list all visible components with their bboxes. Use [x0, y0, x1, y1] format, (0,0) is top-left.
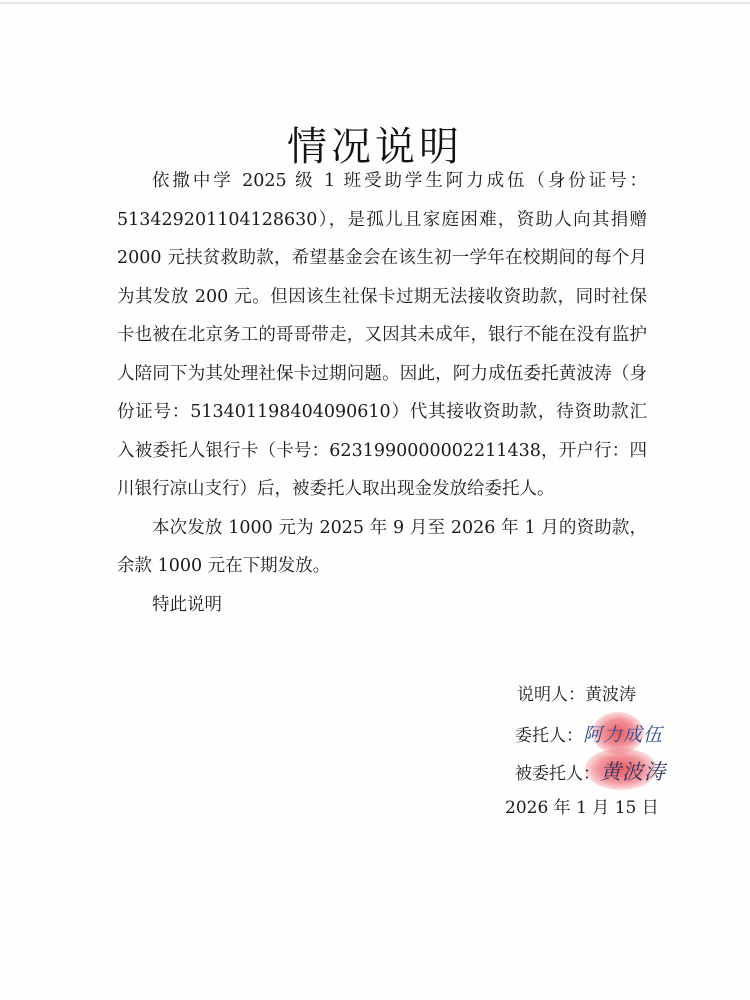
principal-label: 委托人：: [515, 726, 583, 746]
agent-signature: 黄波涛: [600, 760, 666, 784]
explainer-name: 黄波涛: [585, 685, 636, 705]
agent-label: 被委托人：: [515, 764, 600, 784]
explainer-label: 说明人：: [517, 685, 585, 705]
document-page: 情况说明 依撒中学 2025 级 1 班受助学生阿力成伍（身份证号：513429…: [0, 0, 750, 1000]
agent-row: 被委托人：黄波涛: [515, 756, 666, 786]
paragraph-1: 依撒中学 2025 级 1 班受助学生阿力成伍（身份证号：51342920110…: [117, 162, 647, 509]
document-date: 2026 年 1 月 15 日: [505, 793, 659, 818]
closing-statement: 特此说明: [117, 586, 647, 625]
paragraph-2: 本次发放 1000 元为 2025 年 9 月至 2026 年 1 月的资助款，…: [117, 509, 647, 586]
principal-signature: 阿力成伍: [583, 724, 663, 746]
document-body: 依撒中学 2025 级 1 班受助学生阿力成伍（身份证号：51342920110…: [117, 162, 647, 624]
signature-block: 说明人：黄波涛 委托人：阿力成伍 被委托人：黄波涛 2026 年 1 月 15 …: [0, 676, 750, 826]
principal-row: 委托人：阿力成伍: [515, 720, 663, 747]
scan-edge: [0, 2, 750, 4]
explainer-row: 说明人：黄波涛: [517, 680, 636, 705]
